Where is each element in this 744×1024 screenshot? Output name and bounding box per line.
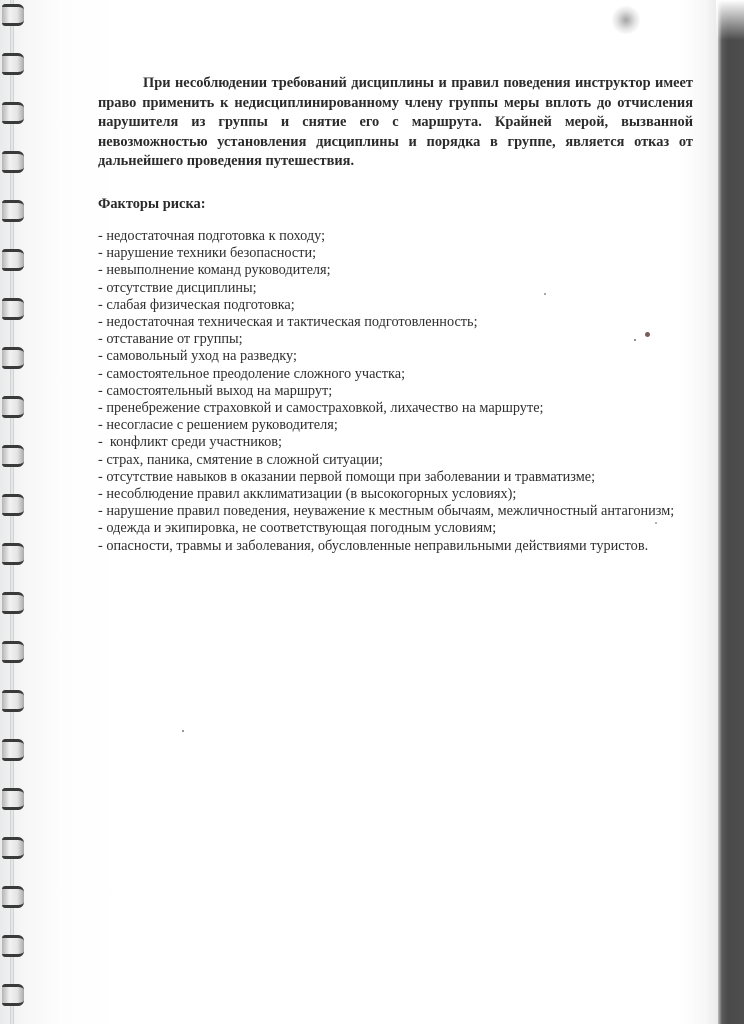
- binding-ring: [2, 102, 24, 124]
- spiral-binding: [0, 0, 40, 1024]
- risk-factor-item: - отсутствие навыков в оказании первой п…: [98, 469, 698, 486]
- binding-ring: [2, 641, 24, 663]
- risk-factors-list: - недостаточная подготовка к походу;- на…: [98, 228, 698, 555]
- intro-paragraph: При несоблюдении требований дисциплины и…: [98, 74, 693, 172]
- binding-ring: [2, 886, 24, 908]
- binding-ring: [2, 249, 24, 271]
- binding-ring: [2, 739, 24, 761]
- risk-factor-item: - отставание от группы;: [98, 331, 698, 348]
- scan-smudge: [612, 6, 640, 34]
- risk-factor-item: - страх, паника, смятение в сложной ситу…: [98, 452, 698, 469]
- binding-ring: [2, 592, 24, 614]
- risk-factor-item: - самовольный уход на разведку;: [98, 348, 698, 365]
- risk-factor-item: - несоблюдение правил акклиматизации (в …: [98, 486, 698, 503]
- scanner-edge-shadow: [718, 0, 744, 1024]
- binding-ring: [2, 53, 24, 75]
- binding-ring: [2, 4, 24, 26]
- binding-ring: [2, 347, 24, 369]
- risk-factor-item: - конфликт среди участников;: [98, 434, 698, 451]
- risk-factor-item: - недостаточная техническая и тактическа…: [98, 314, 698, 331]
- binding-ring: [2, 494, 24, 516]
- risk-factor-item: - пренебрежение страховкой и самострахов…: [98, 400, 698, 417]
- binding-ring: [2, 200, 24, 222]
- document-body: При несоблюдении требований дисциплины и…: [98, 74, 693, 172]
- binding-ring: [2, 837, 24, 859]
- risk-factor-item: - нарушение правил поведения, неуважение…: [98, 503, 698, 520]
- binding-ring: [2, 396, 24, 418]
- binding-ring: [2, 151, 24, 173]
- scanner-edge-highlight: [716, 0, 744, 40]
- binding-ring: [2, 935, 24, 957]
- risk-factor-item: - опасности, травмы и заболевания, обусл…: [98, 538, 698, 555]
- risk-factor-item: - слабая физическая подготовка;: [98, 297, 698, 314]
- risk-factor-item: - одежда и экипировка, не соответствующа…: [98, 520, 698, 537]
- binding-ring: [2, 690, 24, 712]
- risk-factor-item: - самостоятельный выход на маршрут;: [98, 383, 698, 400]
- risk-factor-item: - отсутствие дисциплины;: [98, 280, 698, 297]
- binding-ring: [2, 984, 24, 1006]
- risk-factors-heading: Факторы риска:: [98, 196, 206, 213]
- risk-factor-item: - самостоятельное преодоление сложного у…: [98, 366, 698, 383]
- binding-ring: [2, 445, 24, 467]
- risk-factor-item: - недостаточная подготовка к походу;: [98, 228, 698, 245]
- risk-factor-item: - нарушение техники безопасности;: [98, 245, 698, 262]
- binding-ring: [2, 298, 24, 320]
- scan-speck: [182, 730, 184, 732]
- binding-ring: [2, 788, 24, 810]
- risk-factor-item: - несогласие с решением руководителя;: [98, 417, 698, 434]
- risk-factor-item: - невыполнение команд руководителя;: [98, 262, 698, 279]
- binding-ring: [2, 543, 24, 565]
